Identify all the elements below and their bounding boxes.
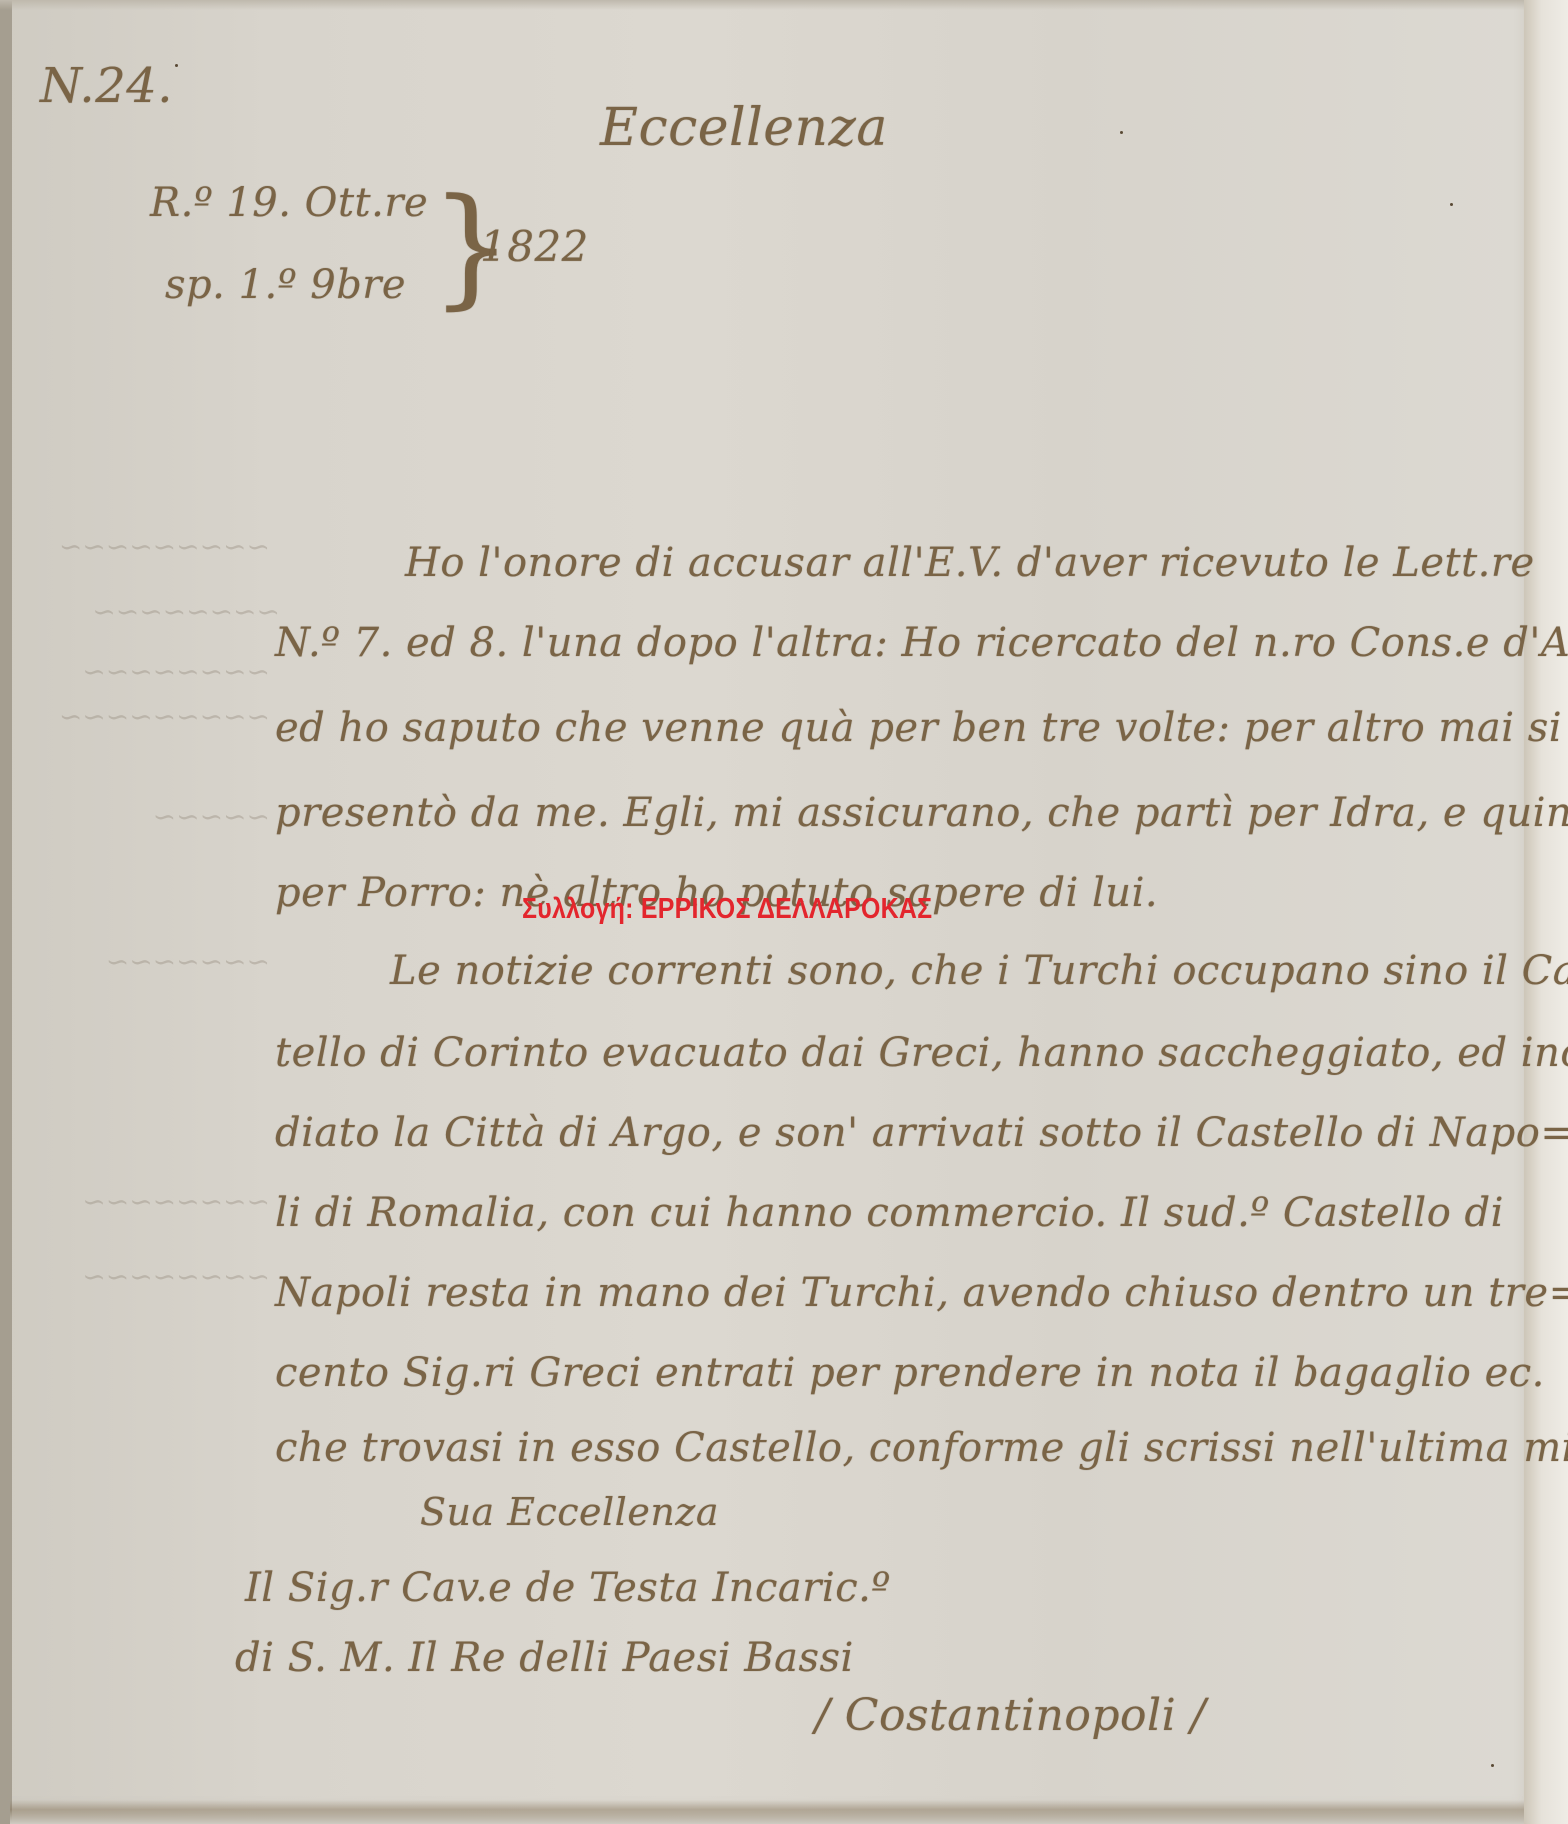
letter-number: N.24. bbox=[40, 58, 173, 114]
body-line: diato la Città di Argo, e son' arrivati … bbox=[275, 1110, 1568, 1156]
date-year: 1822 bbox=[480, 222, 589, 271]
bleed-through-mark: ~~~~~~~~~ bbox=[20, 700, 270, 733]
paper-speck bbox=[1450, 203, 1453, 206]
body-line: li di Romalia, con cui hanno commercio. … bbox=[275, 1190, 1504, 1236]
bleed-through-mark: ~~~~~~~~~ bbox=[40, 530, 270, 563]
body-line: ed ho saputo che venne quà per ben tre v… bbox=[275, 705, 1562, 751]
addressee-line-1: Il Sig.r Cav.e de Testa Incaric.º bbox=[245, 1565, 891, 1611]
bleed-through-mark: ~~~~~~~ bbox=[50, 945, 270, 978]
page-right-edge bbox=[1524, 0, 1568, 1824]
addressee-line-2: di S. M. Il Re delli Paesi Bassi bbox=[235, 1635, 854, 1681]
bleed-through-mark: ~~~~~ bbox=[110, 800, 270, 833]
bleed-through-mark: ~~~~~~~~ bbox=[50, 595, 280, 628]
body-line: cento Sig.ri Greci entrati per prendere … bbox=[275, 1350, 1545, 1396]
body-line: Ho l'onore di accusar all'E.V. d'aver ri… bbox=[405, 540, 1535, 586]
body-line: tello di Corinto evacuato dai Greci, han… bbox=[275, 1030, 1568, 1076]
paper-speck bbox=[175, 64, 178, 67]
body-line: Napoli resta in mano dei Turchi, avendo … bbox=[275, 1270, 1568, 1316]
body-line: presentò da me. Egli, mi assicurano, che… bbox=[275, 790, 1568, 836]
date-replied: sp. 1.º 9bre bbox=[165, 262, 406, 308]
salutation: Eccellenza bbox=[600, 98, 888, 158]
page-bottom-edge bbox=[10, 1800, 1524, 1824]
paper-speck bbox=[1491, 1764, 1494, 1767]
body-line: Le notizie correnti sono, che i Turchi o… bbox=[390, 948, 1568, 994]
collection-watermark: Συλλογή: ΕΡΡΙΚΟΣ ΔΕΛΛΑΡΟΚΑΣ bbox=[522, 893, 932, 926]
closing-honorific: Sua Eccellenza bbox=[420, 1490, 719, 1534]
paper-speck bbox=[1120, 131, 1123, 134]
bleed-through-mark: ~~~~~~~~ bbox=[30, 1185, 270, 1218]
body-line: N.º 7. ed 8. l'una dopo l'altra: Ho rice… bbox=[275, 620, 1568, 666]
place-name: / Costantinopoli / bbox=[815, 1690, 1206, 1741]
bleed-through-mark: ~~~~~~~~ bbox=[30, 1260, 270, 1293]
bleed-through-mark: ~~~~~~~~ bbox=[40, 655, 270, 688]
body-line: che trovasi in esso Castello, conforme g… bbox=[275, 1425, 1568, 1471]
page-top-edge bbox=[0, 0, 1524, 10]
date-received: R.º 19. Ott.re bbox=[150, 180, 428, 226]
page-left-edge bbox=[0, 0, 12, 1824]
